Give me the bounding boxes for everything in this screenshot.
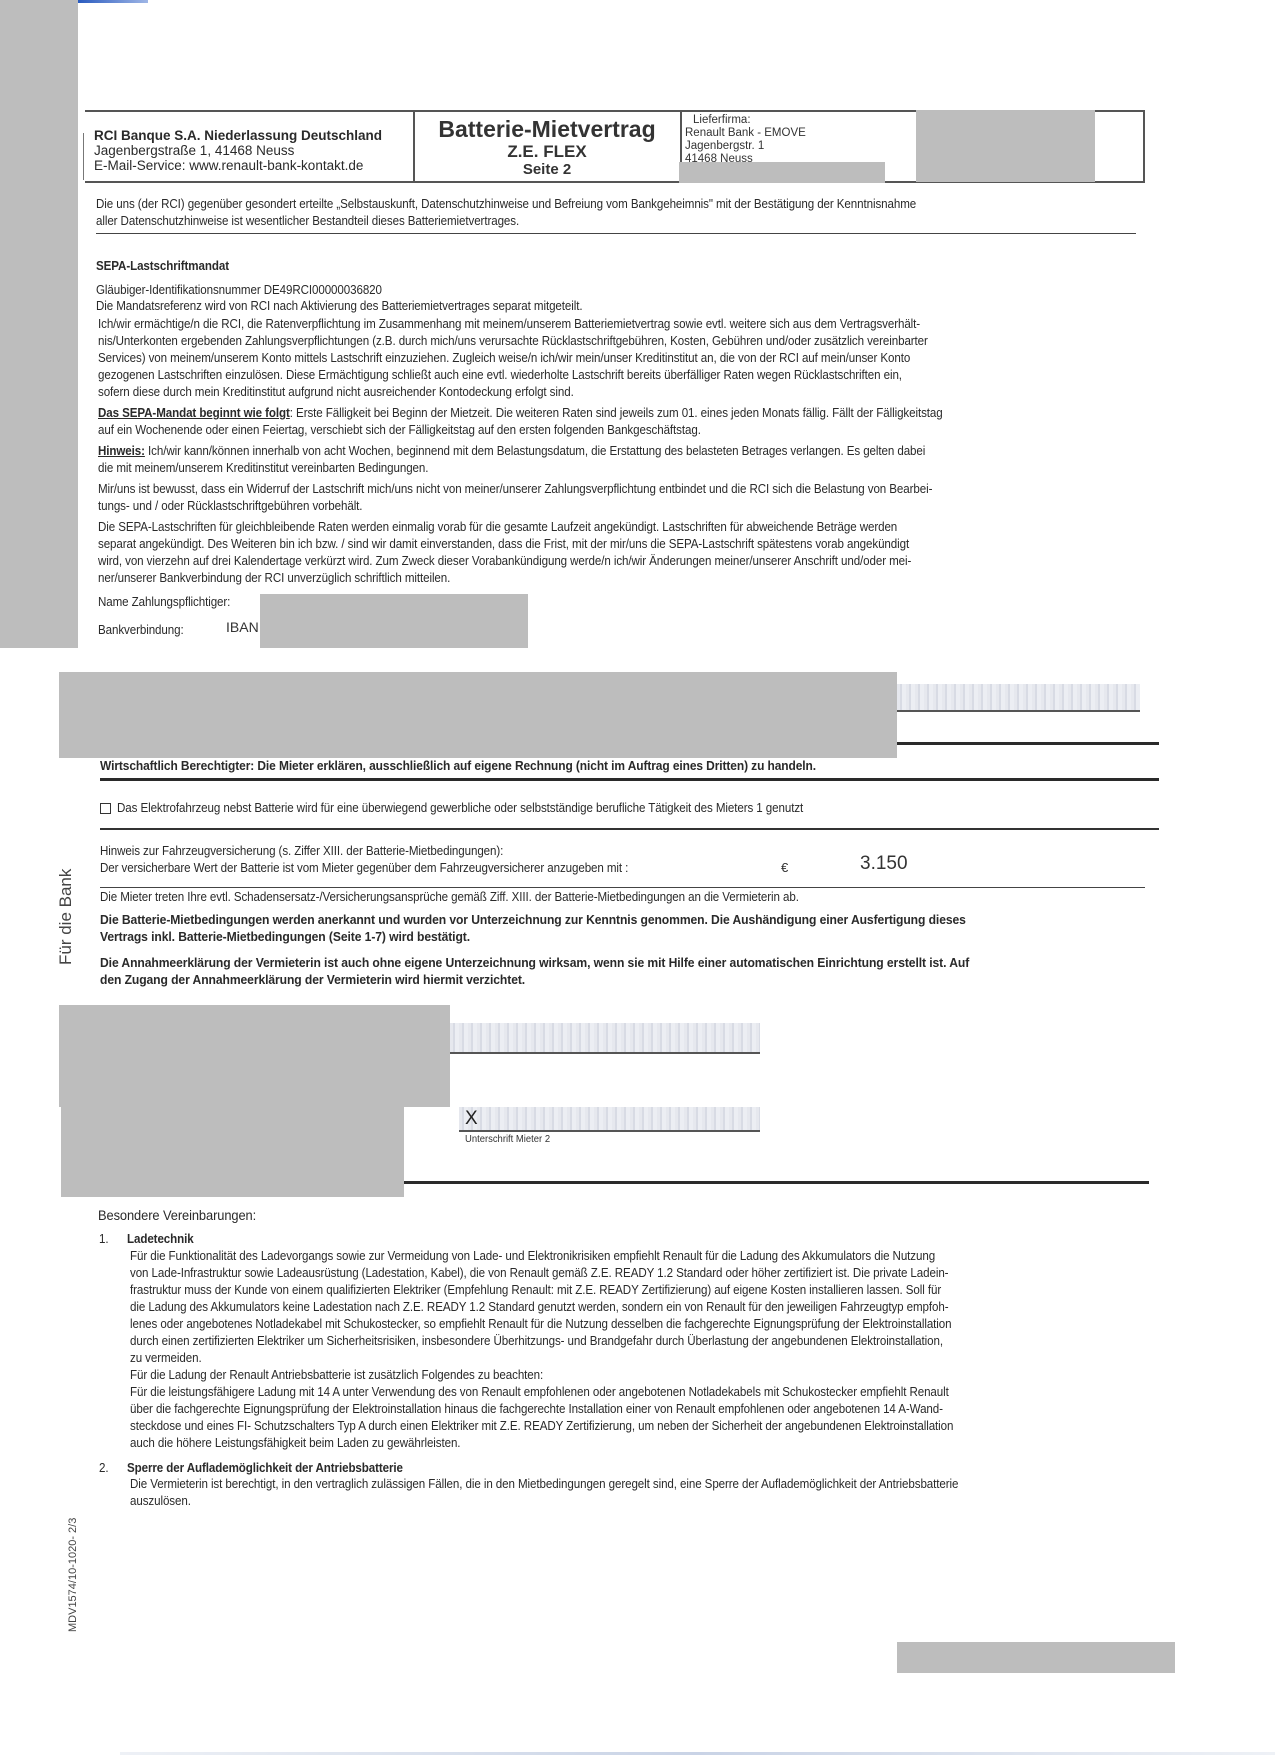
prenotification-line: wird, von vierzehn auf drei Kalendertage… (98, 553, 1220, 570)
acknowledgement-line: Die Batterie-Mietbedingungen werden aner… (100, 912, 1204, 929)
insurance-note: Hinweis zur Fahrzeugversicherung (s. Zif… (100, 843, 1112, 860)
special-item-line: frastruktur muss der Kunde von einem qua… (130, 1282, 1216, 1299)
acknowledgement-line: Vertrags inkl. Batterie-Mietbedingungen … (100, 929, 1204, 946)
commercial-use-checkbox[interactable] (100, 803, 111, 814)
company-email: E-Mail-Service: www.renault-bank-kontakt… (94, 158, 382, 173)
title-block: Batterie-Mietvertrag Z.E. FLEX Seite 2 (415, 116, 679, 179)
redacted-signature-block (59, 672, 897, 758)
mandate-start-text: : Erste Fälligkeit bei Beginn der Mietze… (290, 406, 943, 420)
signature-mark: X (465, 1108, 478, 1130)
redacted-left-margin (0, 0, 78, 648)
special-item-title: Sperre der Auflademöglichkeit der Antrie… (127, 1460, 403, 1477)
company-name: RCI Banque S.A. Niederlassung Deutschlan… (94, 128, 382, 143)
sepa-heading: SEPA-Lastschriftmandat (96, 258, 229, 275)
special-agreements-heading: Besondere Vereinbarungen: (98, 1207, 256, 1224)
special-item-line: Für die Ladung der Renault Antriebsbatte… (130, 1367, 1216, 1384)
supplier-name: Renault Bank - EMOVE (685, 127, 806, 140)
refund-note-label: Hinweis: (98, 444, 145, 458)
mandate-reference: Die Mandatsreferenz wird von RCI nach Ak… (96, 298, 582, 315)
authorization-line: Ich/wir ermächtige/n die RCI, die Ratenv… (98, 316, 1220, 333)
company-block: RCI Banque S.A. Niederlassung Deutschlan… (94, 128, 382, 173)
authorization-line: sofern diese durch mein Kreditinstitut a… (98, 384, 1220, 401)
authorization-line: gezogenen Lastschriften einzulösen. Dies… (98, 367, 1220, 384)
refund-note-line-1: Hinweis: Ich/wir kann/können innerhalb v… (98, 443, 1220, 460)
page-label: Seite 2 (415, 161, 679, 179)
special-item-line: auch die höhere Leistungsfähigkeit beim … (130, 1435, 1216, 1452)
special-item-line: lenes oder angebotenes Notladekabel mit … (130, 1316, 1216, 1333)
special-item-line: über die fachgerechte Eignungsprüfung de… (130, 1401, 1216, 1418)
insurance-currency: € (781, 860, 788, 875)
mandate-start-line-1: Das SEPA-Mandat beginnt wie folgt: Erste… (98, 405, 1220, 422)
authorization-line: Services) von meinem/unserem Konto mitte… (98, 350, 1220, 367)
special-item-line: steckdose und eines FI- Schutzschalters … (130, 1418, 1216, 1435)
supplier-block: Lieferfirma: Renault Bank - EMOVE Jagenb… (685, 114, 806, 166)
redacted-signature-block (61, 1097, 404, 1197)
commercial-use-label: Das Elektrofahrzeug nebst Batterie wird … (117, 800, 1221, 817)
iban-label: IBAN (226, 619, 259, 635)
redacted-supplier-info (679, 162, 885, 183)
refund-note-line-2: die mit meinem/unserem Kreditinstitut ve… (98, 460, 1220, 477)
document-title: Batterie-Mietvertrag (415, 116, 679, 142)
special-item-line: von Lade-Infrastruktur sowie Ladeausrüst… (130, 1265, 1216, 1282)
special-item-line: Für die leistungsfähigere Ladung mit 14 … (130, 1384, 1216, 1401)
prenotification-line: separat angekündigt. Des Weiteren bin ic… (98, 536, 1220, 553)
header-left-tick (83, 133, 84, 180)
signature-field[interactable] (897, 684, 1140, 712)
divider (96, 233, 1136, 234)
payer-name-label: Name Zahlungspflichtiger: (98, 594, 230, 611)
special-item-line: Für die Funktionalität des Ladevorgangs … (130, 1248, 1216, 1265)
divider (100, 828, 1159, 830)
special-item-line: auszulösen. (130, 1493, 1216, 1510)
signature-field-mieter-2[interactable] (459, 1107, 760, 1132)
supplier-street: Jagenbergstr. 1 (685, 140, 806, 153)
divider (100, 778, 1159, 781)
special-item-line: Die Vermieterin ist berechtigt, in den v… (130, 1476, 1216, 1493)
acceptance-line: den Zugang der Annahmeerklärung der Verm… (100, 972, 1204, 989)
redacted-payer-and-iban (260, 594, 528, 648)
special-item-line: durch einen zertifizierten Elektriker um… (130, 1333, 1216, 1350)
bank-details-label: Bankverbindung: (98, 622, 184, 639)
document-subtitle: Z.E. FLEX (415, 142, 679, 161)
signature-field[interactable] (450, 1023, 760, 1054)
redacted-signature-block (59, 1005, 450, 1107)
divider (897, 742, 1159, 745)
form-code: MDV1574/10-1020- 2/3 (67, 1518, 79, 1632)
creditor-id: Gläubiger-Identifikationsnummer DE49RCI0… (96, 282, 382, 299)
insurance-value-label: Der versicherbare Wert der Batterie ist … (100, 860, 1112, 877)
scan-artifact (78, 0, 148, 3)
redacted-footer-field (897, 1642, 1175, 1673)
mandate-start-line-2: auf ein Wochenende oder einen Feiertag, … (98, 422, 1220, 439)
commercial-use-row: Das Elektrofahrzeug nebst Batterie wird … (100, 800, 1275, 817)
special-item-number: 1. (99, 1231, 108, 1248)
signature-label: Unterschrift Mieter 2 (465, 1133, 550, 1145)
special-item-line: die Ladung des Akkumulators keine Ladest… (130, 1299, 1216, 1316)
intro-line-1: Die uns (der RCI) gegenüber gesondert er… (96, 196, 1218, 213)
side-label: Für die Bank (56, 869, 76, 965)
divider (100, 887, 1145, 888)
authorization-line: nis/Unterkonten ergebenden Zahlungsverpf… (98, 333, 1220, 350)
supplier-label: Lieferfirma: (685, 114, 806, 127)
mandate-start-label: Das SEPA-Mandat beginnt wie folgt (98, 406, 290, 420)
special-item-title: Ladetechnik (127, 1231, 194, 1248)
intro-line-2: aller Datenschutzhinweise ist wesentlich… (96, 213, 1218, 230)
prenotification-line: ner/unserer Bankverbindung der RCI unver… (98, 570, 1220, 587)
redacted-contract-number (916, 110, 1095, 182)
header-right-border (1143, 110, 1145, 182)
scan-artifact (120, 1752, 1275, 1755)
divider (404, 1181, 1149, 1184)
prenotification-line: Die SEPA-Lastschriften für gleichbleiben… (98, 519, 1220, 536)
acceptance-line: Die Annahmeerklärung der Vermieterin ist… (100, 955, 1204, 972)
company-street: Jagenbergstraße 1, 41468 Neuss (94, 143, 382, 158)
special-item-line: zu vermeiden. (130, 1350, 1216, 1367)
special-item-number: 2. (99, 1460, 108, 1477)
refund-note-text: Ich/wir kann/können innerhalb von acht W… (145, 444, 925, 458)
revocation-line: tungs- und / oder Rücklastschriftgebühre… (98, 498, 1220, 515)
claims-assignment: Die Mieter treten Ihre evtl. Schadensers… (100, 889, 1204, 906)
insurance-value: 3.150 (860, 853, 908, 875)
beneficial-owner-statement: Wirtschaftlich Berechtigter: Die Mieter … (100, 758, 1204, 775)
revocation-line: Mir/uns ist bewusst, dass ein Widerruf d… (98, 481, 1220, 498)
